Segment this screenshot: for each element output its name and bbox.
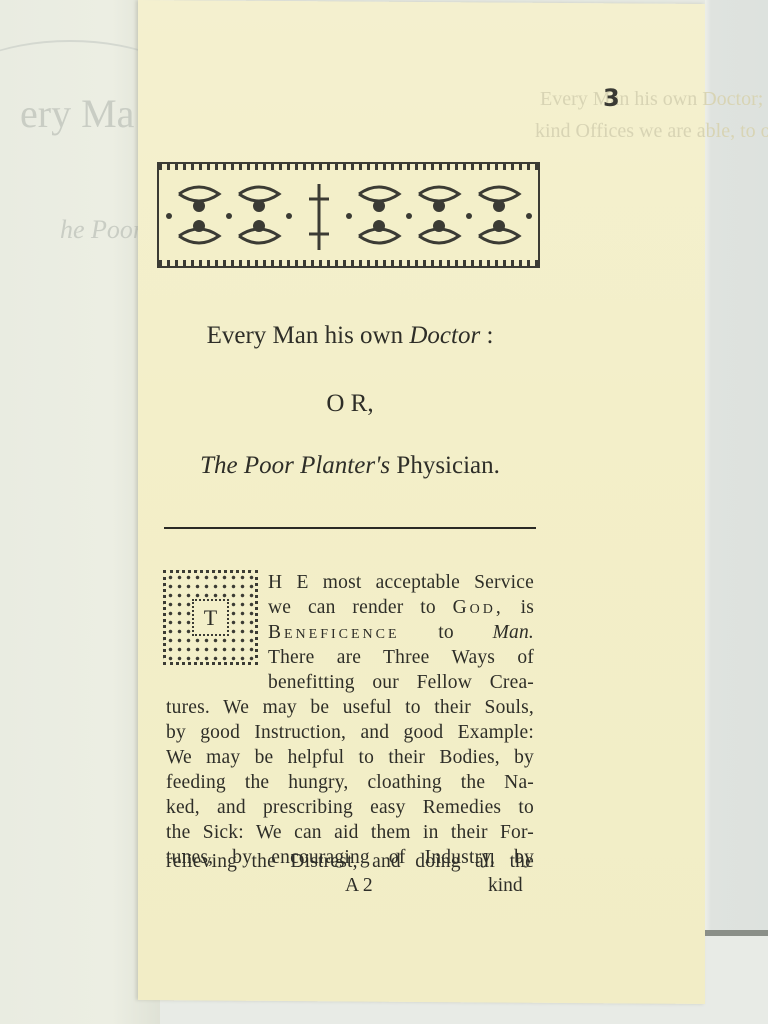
body-line: feeding the hungry, cloathing the Na- [166, 772, 534, 794]
title-rule [164, 527, 536, 529]
body-line: We may be helpful to their Bodies, by [166, 747, 534, 769]
bleed-through-text: kind Offices we are able, to our Neigh- [535, 120, 768, 143]
title-line-1: Every Man his own Doctor : [160, 322, 540, 350]
ornamental-headpiece-icon [157, 162, 540, 268]
headpiece-pattern-icon [159, 164, 540, 268]
book-shadow [705, 930, 768, 936]
title-italic: Doctor [409, 322, 480, 349]
title-italic: The Poor Planter's [200, 452, 390, 479]
body-line: Beneficence to Man. [268, 622, 534, 644]
body-smallcaps: God, [453, 597, 504, 618]
body-line: by good Instruction, and good Example: [166, 722, 534, 744]
body-line: we can render to God, is [268, 597, 534, 619]
body-text: is [521, 597, 534, 618]
catchword: kind [488, 875, 523, 897]
ornamental-initial-icon: T [163, 570, 258, 665]
signature-mark: A 2 [345, 875, 373, 897]
body-line: tures. We may be useful to their Souls, [166, 697, 534, 719]
bleed-through-text: Every Man his own Doctor; Or, [540, 88, 768, 111]
dropcap-letter: T [192, 599, 229, 636]
title-punct: : [480, 322, 493, 349]
title-text: Physician. [390, 452, 500, 479]
body-line: There are Three Ways of [268, 647, 534, 669]
ghost-text: ery Ma [20, 90, 134, 137]
body-italic: Man. [493, 622, 534, 643]
body-line: benefitting our Fellow Crea- [268, 672, 534, 694]
body-line: H E most acceptable Service [268, 572, 534, 594]
body-text: to [438, 622, 454, 643]
title-text: Every Man his own [207, 322, 410, 349]
body-line: relieving the Distrest, and doing all th… [166, 851, 534, 873]
ghost-text: he Poor [60, 215, 143, 245]
page-number: 3 [603, 84, 620, 112]
title-line-3: The Poor Planter's Physician. [160, 452, 540, 480]
body-text: we can render to [268, 597, 436, 618]
body-line: ked, and prescribing easy Remedies to [166, 797, 534, 819]
body-line: the Sick: We can aid them in their For- [166, 822, 534, 844]
facing-page-left: ery Ma he Poor [0, 0, 160, 1024]
body-smallcaps: Beneficence [268, 622, 400, 643]
title-line-2: O R, [160, 390, 540, 418]
